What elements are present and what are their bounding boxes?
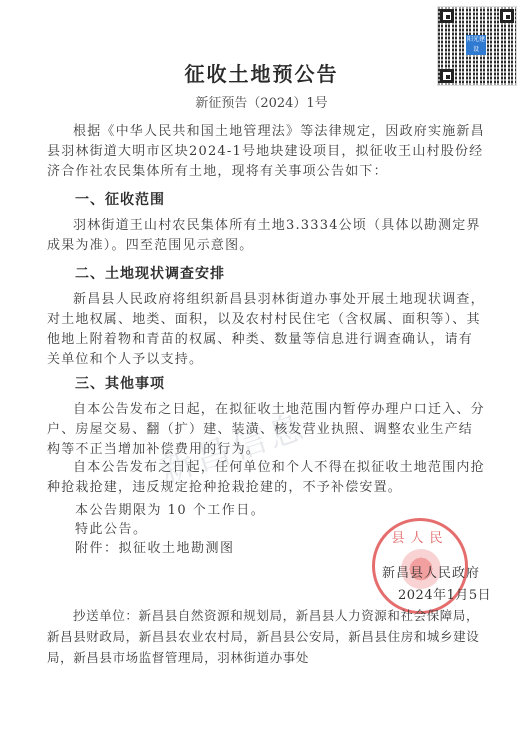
intro-paragraph: 根据《中华人民共和国土地管理法》等法律规定，因政府实施新昌县羽林街道大明市区块2… <box>47 122 487 182</box>
attachment-link[interactable]: 附件：拟征收土地勘测图 <box>75 537 235 556</box>
seal-text: 县人民 <box>375 527 465 546</box>
section-body-other-1: 自本公告发布之日起，在拟征收土地范围内暂停办理户口迁入、分户、房屋交易、翻（扩）… <box>47 400 487 460</box>
cc-list: 抄送单位：新昌县自然资源和规划局，新昌县人力资源和社会保障局，新昌县财政局，新昌… <box>47 605 492 668</box>
section-body-other-2: 自本公告发布之日起，任何单位和个人不得在拟征收土地范围内抢种抢栽抢建，违反规定抢… <box>47 458 487 498</box>
document-title: 征收土地预公告 <box>0 58 523 87</box>
section-heading-other: 三、其他事项 <box>75 373 165 393</box>
section-body-survey: 新昌县人民政府将组织新昌县羽林街道办事处开展土地现状调查，对土地权属、地类、面积… <box>47 290 487 370</box>
document-number: 新征预告（2024）1号 <box>0 92 523 111</box>
section-body-scope: 羽林街道王山村农民集体所有土地3.3334公顷（具体以勘测定界成果为准）。四至范… <box>47 216 487 256</box>
qr-logo-icon: 阳光建设 <box>466 35 486 55</box>
closing-text: 特此公告。 <box>75 518 148 537</box>
signature-date: 2024年1月5日 <box>398 584 491 603</box>
section-heading-survey: 二、土地现状调查安排 <box>75 263 225 283</box>
signature-org: 新昌县人民政府 <box>382 562 480 581</box>
document-page: 阳光建设 征收土地预公告 新征预告（2024）1号 根据《中华人民共和国土地管理… <box>0 0 523 730</box>
qr-finder-icon <box>440 9 454 23</box>
notice-period: 本公告期限为 10 个工作日。 <box>75 499 265 518</box>
section-heading-scope: 一、征收范围 <box>75 189 165 209</box>
qr-finder-icon <box>500 9 514 23</box>
